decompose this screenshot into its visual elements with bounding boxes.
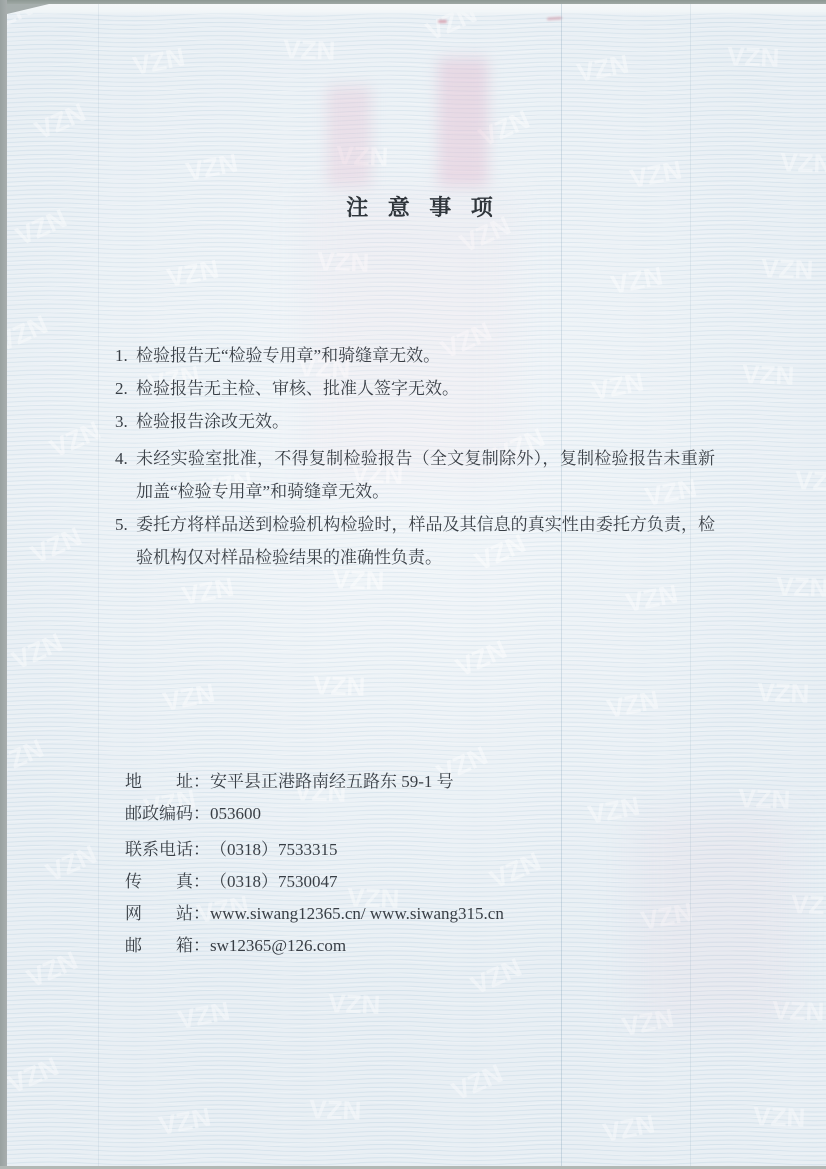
note-text: 委托方将样品送到检验机构检验时，样品及其信息的真实性由委托方负责，检验机构仅对样…	[136, 508, 715, 574]
notes-list: 1. 检验报告无“检验专用章”和骑缝章无效。 2. 检验报告无主检、审核、批准人…	[115, 339, 715, 574]
scanned-page: VZNVZNVZNVZNVZNVZNVZNVZNVZNVZNVZNVZNVZNV…	[0, 0, 826, 1169]
contact-value: 053600	[210, 798, 261, 830]
note-number: 2.	[115, 372, 136, 405]
contact-line: 邮 箱： sw12365@126.com	[125, 930, 504, 962]
contact-label: 网 站：	[125, 898, 210, 930]
note-number: 1.	[115, 339, 136, 372]
note-text: 检验报告涂改无效。	[136, 405, 715, 438]
contact-value: （0318）7533315	[210, 834, 338, 866]
note-number: 4.	[115, 442, 136, 475]
note-item: 4. 未经实验室批准，不得复制检验报告（全文复制除外），复制检验报告未重新加盖“…	[115, 442, 715, 508]
note-text: 检验报告无“检验专用章”和骑缝章无效。	[136, 339, 715, 372]
page-title: 注 意 事 项	[10, 191, 826, 222]
document-content: 注 意 事 项 1. 检验报告无“检验专用章”和骑缝章无效。 2. 检验报告无主…	[0, 0, 826, 1169]
contact-line: 网 站： www.siwang12365.cn/ www.siwang315.c…	[125, 898, 504, 930]
contact-label: 邮 箱：	[125, 930, 210, 962]
contact-label: 传 真：	[125, 866, 210, 898]
contact-label: 地 址：	[125, 766, 210, 798]
contact-label: 邮政编码：	[125, 798, 210, 830]
note-number: 5.	[115, 508, 136, 541]
note-item: 2. 检验报告无主检、审核、批准人签字无效。	[115, 372, 715, 405]
note-text: 未经实验室批准，不得复制检验报告（全文复制除外），复制检验报告未重新加盖“检验专…	[136, 442, 715, 508]
note-item: 3. 检验报告涂改无效。	[115, 405, 715, 438]
contact-value: sw12365@126.com	[210, 930, 346, 962]
contact-line: 地 址： 安平县正港路南经五路东 59-1 号	[125, 766, 504, 798]
note-number: 3.	[115, 405, 136, 438]
contact-value: （0318）7530047	[210, 866, 338, 898]
note-item: 1. 检验报告无“检验专用章”和骑缝章无效。	[115, 339, 715, 372]
contact-line: 邮政编码： 053600	[125, 798, 504, 830]
contact-line: 传 真： （0318）7530047	[125, 866, 504, 898]
contact-block: 地 址： 安平县正港路南经五路东 59-1 号 邮政编码： 053600 联系电…	[125, 766, 504, 962]
contact-value: 安平县正港路南经五路东 59-1 号	[210, 766, 454, 798]
contact-line: 联系电话： （0318）7533315	[125, 834, 504, 866]
contact-value: www.siwang12365.cn/ www.siwang315.cn	[210, 898, 504, 930]
note-text: 检验报告无主检、审核、批准人签字无效。	[136, 372, 715, 405]
note-item: 5. 委托方将样品送到检验机构检验时，样品及其信息的真实性由委托方负责，检验机构…	[115, 508, 715, 574]
contact-label: 联系电话：	[125, 834, 210, 866]
